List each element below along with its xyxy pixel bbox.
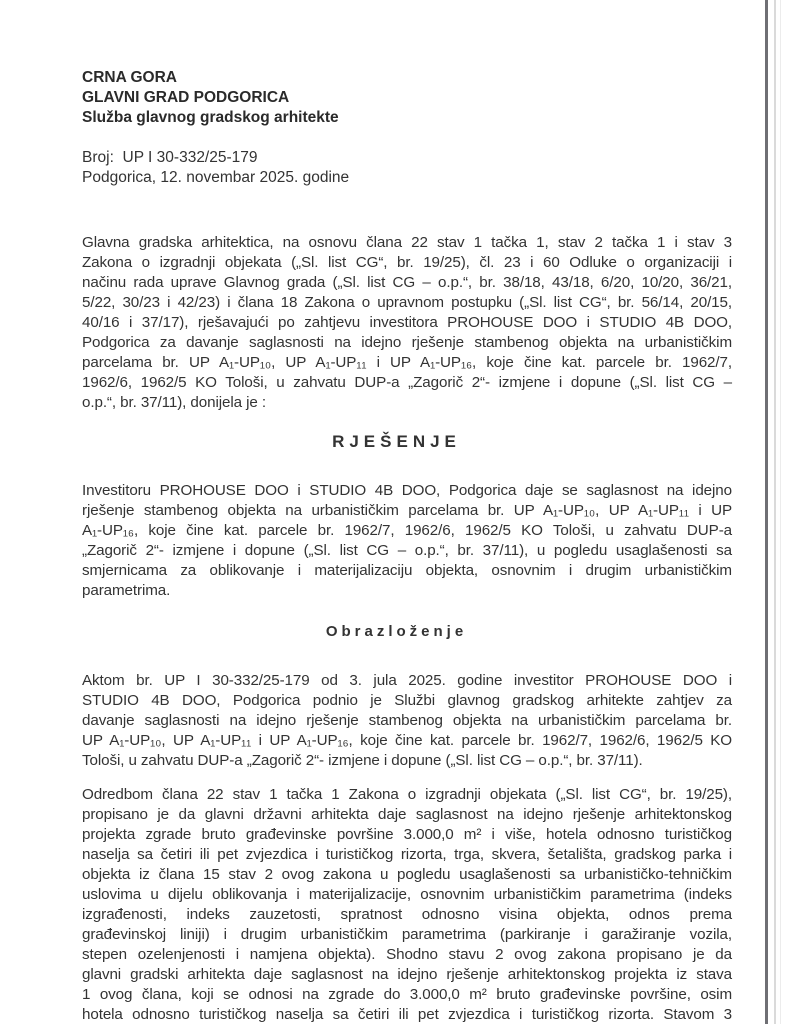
text-line: 1 ovog člana, koji se odnosi na zgrade d…	[82, 985, 732, 1005]
text-line: „Zagorič 2“- izmjene i dopune („Sl. list…	[82, 541, 732, 561]
text-line: parametrima.	[82, 581, 732, 601]
text-line: smjernicama za oblikovanje i materijaliz…	[82, 561, 732, 581]
letterhead-country: CRNA GORA	[82, 68, 339, 88]
text-line: o.p.“, br. 37/11), donijela je :	[82, 393, 732, 413]
document-page: CRNA GORA GLAVNI GRAD PODGORICA Služba g…	[0, 0, 793, 1024]
text-line: glavni gradski arhitekta daje saglasnost…	[82, 965, 732, 985]
reasoning-heading: Obrazloženje	[0, 623, 793, 640]
text-line: 1962/6, 1962/5 KO Tološi, u zahvatu DUP-…	[82, 373, 732, 393]
document-number-value: UP I 30-332/25-179	[123, 149, 258, 166]
text-line: Investitoru PROHOUSE DOO i STUDIO 4B DOO…	[82, 481, 732, 501]
document-number-label: Broj:	[82, 149, 114, 166]
letterhead-office: Služba glavnog gradskog arhitekte	[82, 108, 339, 128]
decision-paragraph: Investitoru PROHOUSE DOO i STUDIO 4B DOO…	[82, 481, 732, 601]
text-line: načinu rada uprave Glavnog grada („Sl. l…	[82, 273, 732, 293]
text-line: Podgorica za davanje saglasnosti na idej…	[82, 333, 732, 353]
text-line: stepen ozelenjenosti i namjena objekta).…	[82, 945, 732, 965]
text-line: uslovima u dijelu oblikovanja i materija…	[82, 885, 732, 905]
text-line: Aktom br. UP I 30-332/25-179 od 3. jula …	[82, 671, 732, 691]
text-line: izgrađenosti, indeks zauzetosti, spratno…	[82, 905, 732, 925]
text-line: propisano je da glavni državni arhitekta…	[82, 805, 732, 825]
text-line: A₁-UP₁₆, koje čine kat. parcele br. 1962…	[82, 521, 732, 541]
text-line: projekta zgrade bruto građevinske površi…	[82, 825, 732, 845]
page-edge-border	[765, 0, 768, 1024]
page-edge-shadow	[774, 0, 776, 1024]
text-line-cut-off: hotela odnosno turističkog naselja sa če…	[82, 1005, 732, 1024]
document-place-date: Podgorica, 12. novembar 2025. godine	[82, 168, 349, 188]
text-line: 40/16 i 37/17), rješavajući po zahtjevu …	[82, 313, 732, 333]
document-meta: Broj: UP I 30-332/25-179 Podgorica, 12. …	[82, 148, 349, 188]
text-line: parcelama br. UP A₁-UP₁₀, UP A₁-UP₁₁ i U…	[82, 353, 732, 373]
text-line: UP A₁-UP₁₀, UP A₁-UP₁₁ i UP A₁-UP₁₆, koj…	[82, 731, 732, 751]
text-line: Zakona o izgradnji objekata („Sl. list C…	[82, 253, 732, 273]
letterhead: CRNA GORA GLAVNI GRAD PODGORICA Služba g…	[82, 68, 339, 128]
text-line: Glavna gradska arhitektica, na osnovu čl…	[82, 233, 732, 253]
document-number: Broj: UP I 30-332/25-179	[82, 148, 349, 168]
text-line: građevinskoj liniji) i drugim urbanistič…	[82, 925, 732, 945]
text-line: rješenje stambenog objekta na urbanistič…	[82, 501, 732, 521]
decision-heading: RJEŠENJE	[0, 432, 793, 452]
text-line: Tološi, u zahvatu DUP-a „Zagorič 2“- izm…	[82, 751, 732, 771]
reasoning-paragraph-1: Aktom br. UP I 30-332/25-179 od 3. jula …	[82, 671, 732, 771]
text-line: 5/22, 30/23 i 42/23) i člana 18 Zakona o…	[82, 293, 732, 313]
text-line: objekta iz člana 15 stav 2 ovog zakona u…	[82, 865, 732, 885]
page-edge-shadow-outer	[780, 0, 781, 1024]
text-line: STUDIO 4B DOO, Podgorica podnio je Služb…	[82, 691, 732, 711]
intro-paragraph: Glavna gradska arhitektica, na osnovu čl…	[82, 233, 732, 413]
text-line: naselja sa četiri ili pet zvjezdica i tu…	[82, 845, 732, 865]
text-line: Odredbom člana 22 stav 1 tačka 1 Zakona …	[82, 785, 732, 805]
letterhead-city: GLAVNI GRAD PODGORICA	[82, 88, 339, 108]
reasoning-paragraph-2: Odredbom člana 22 stav 1 tačka 1 Zakona …	[82, 785, 732, 1024]
text-line: davanje saglasnosti na idejno rješenje s…	[82, 711, 732, 731]
